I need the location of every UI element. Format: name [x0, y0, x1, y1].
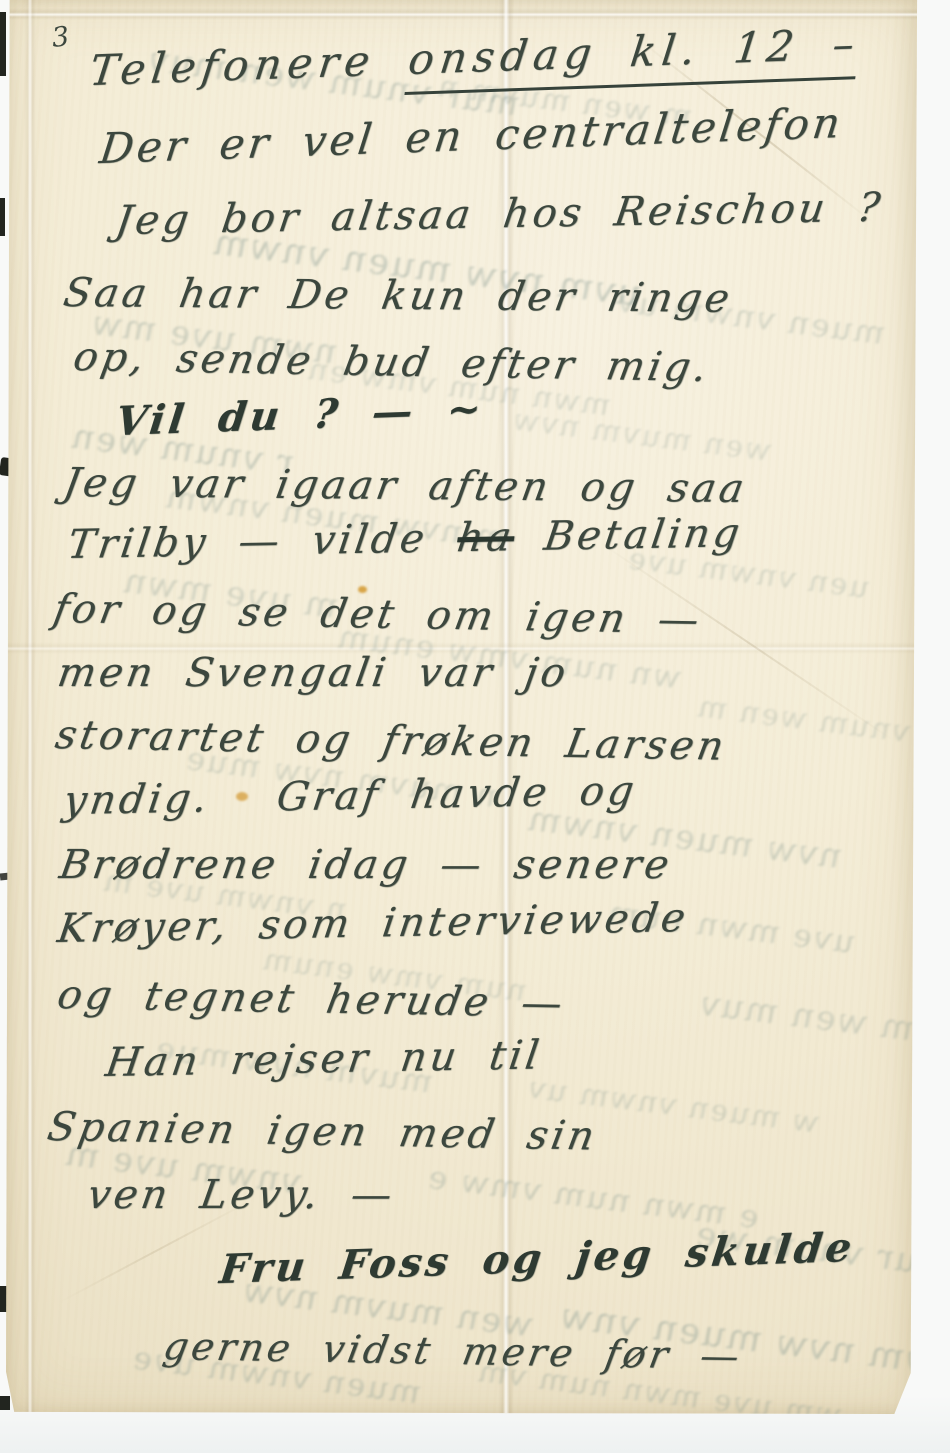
handwritten-line: op, sende bud efter mig. [70, 334, 714, 391]
handwritten-line: Brødrene idag — senere [56, 842, 675, 888]
ink-bleedthrough-stroke: e mwn num vmw e [420, 1158, 767, 1235]
line-text: Trilby — vilde [65, 515, 461, 568]
fold-crease-top [6, 8, 918, 20]
line-text: Telefonere [87, 35, 412, 95]
scan-edge-artifact [0, 198, 5, 236]
letter-paper: 3 Telefonere onsdag kl. 12 – Der er vel … [6, 0, 918, 1414]
handwritten-line: for og se det om igen — [50, 586, 706, 643]
handwritten-line: Krøyer, som interviewede [55, 895, 692, 952]
handwritten-line: Spanien igen med sin [44, 1104, 601, 1159]
handwritten-line: Jeg bor altsaa hos Reischou ? [113, 185, 886, 245]
scan-edge-artifact [0, 1396, 10, 1410]
handwritten-line: yndig. Graf havde og [61, 768, 640, 824]
handwritten-line: storartet og frøken Larsen [52, 712, 731, 770]
handwritten-line: Jeg var igaar aften og saa [60, 460, 750, 512]
underlined-text: onsdag kl. 12 – [404, 19, 863, 95]
handwritten-line: Vil du ? — ~ [113, 385, 487, 445]
struck-word: ha [454, 514, 517, 561]
handwritten-line: ven Levy. — [84, 1172, 398, 1218]
handwritten-line: Trilby — vilde ha Betaling [65, 510, 746, 568]
line-text: Betaling [511, 510, 746, 560]
handwritten-line: Han rejser nu til [103, 1032, 545, 1086]
scan-edge-artifact [0, 12, 6, 76]
handwritten-line: Telefonere onsdag kl. 12 – [87, 19, 863, 95]
handwritten-line: gerne vidst mere før — [160, 1324, 746, 1378]
ink-bleedthrough-stroke: wen muvm nvw [505, 403, 778, 468]
handwritten-line: men Svengali var jo [54, 650, 572, 696]
scanned-letter-page: 3 Telefonere onsdag kl. 12 – Der er vel … [0, 0, 950, 1453]
ink-bleedthrough-stroke: um wen muv [691, 984, 945, 1052]
handwritten-line: Der er vel en centraltelefon [97, 98, 846, 173]
handwritten-line: og tegnet herude — [54, 972, 569, 1027]
handwritten-line: Fru Foss og jeg skulde [217, 1224, 857, 1293]
fold-crease-left [24, 0, 36, 1414]
handwritten-line: Saa har De kun der ringe [60, 270, 736, 322]
page-number: 3 [50, 21, 70, 54]
